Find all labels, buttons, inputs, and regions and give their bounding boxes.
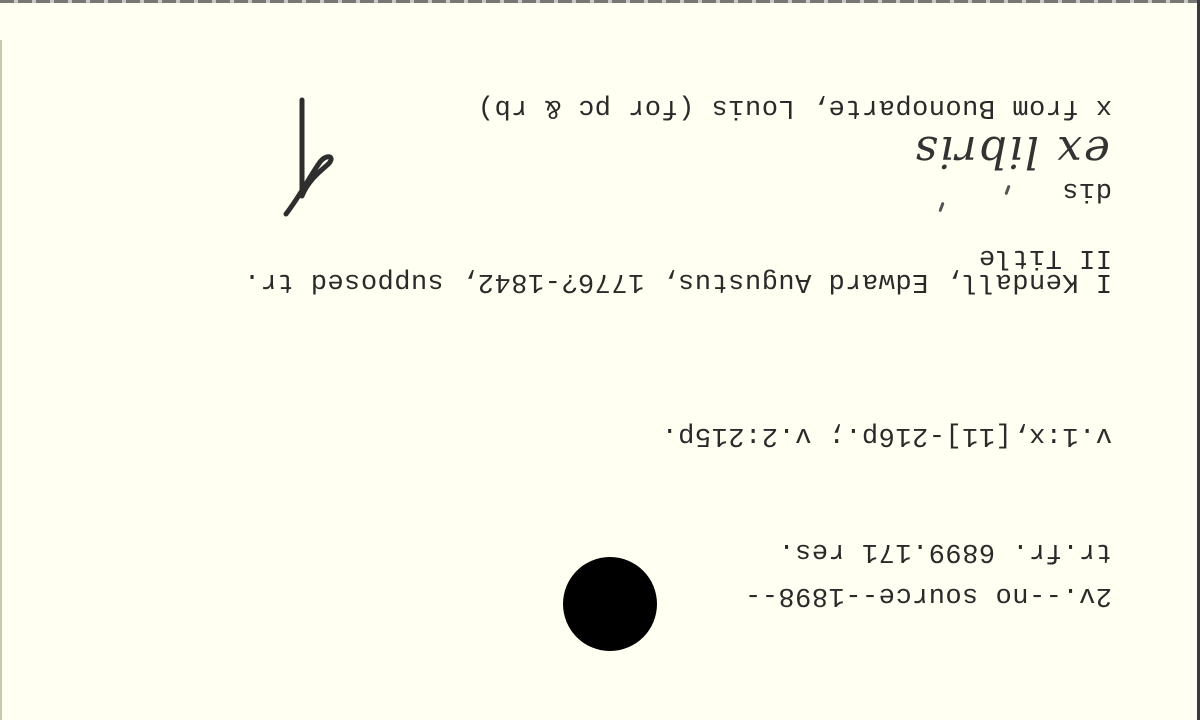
call-number-line: tr.fr. 6899.171 res.	[642, 536, 1112, 566]
handwritten-note: ex libris	[913, 126, 1110, 177]
punch-hole	[563, 557, 657, 651]
card-left-edge	[0, 40, 2, 720]
added-entry-line: I Kendall, Edward Augustus, 1776?-1842, …	[112, 266, 1112, 296]
collation-line: v.1:x,[11]-216p.; v.2:215p.	[552, 420, 1112, 450]
handwritten-q-mark-icon	[280, 96, 340, 222]
card-top-edge	[0, 0, 1200, 3]
dis-label: dis	[1052, 175, 1112, 205]
pen-tick-mark	[938, 202, 944, 212]
pen-tick-mark	[1004, 185, 1010, 195]
catalog-card: x from Buonoparte, Louis (for pc & rb) e…	[0, 0, 1200, 720]
source-note-line: 2v.--no source--1898--	[592, 580, 1112, 610]
cross-reference-line: x from Buonoparte, Louis (for pc & rb)	[342, 92, 1112, 122]
